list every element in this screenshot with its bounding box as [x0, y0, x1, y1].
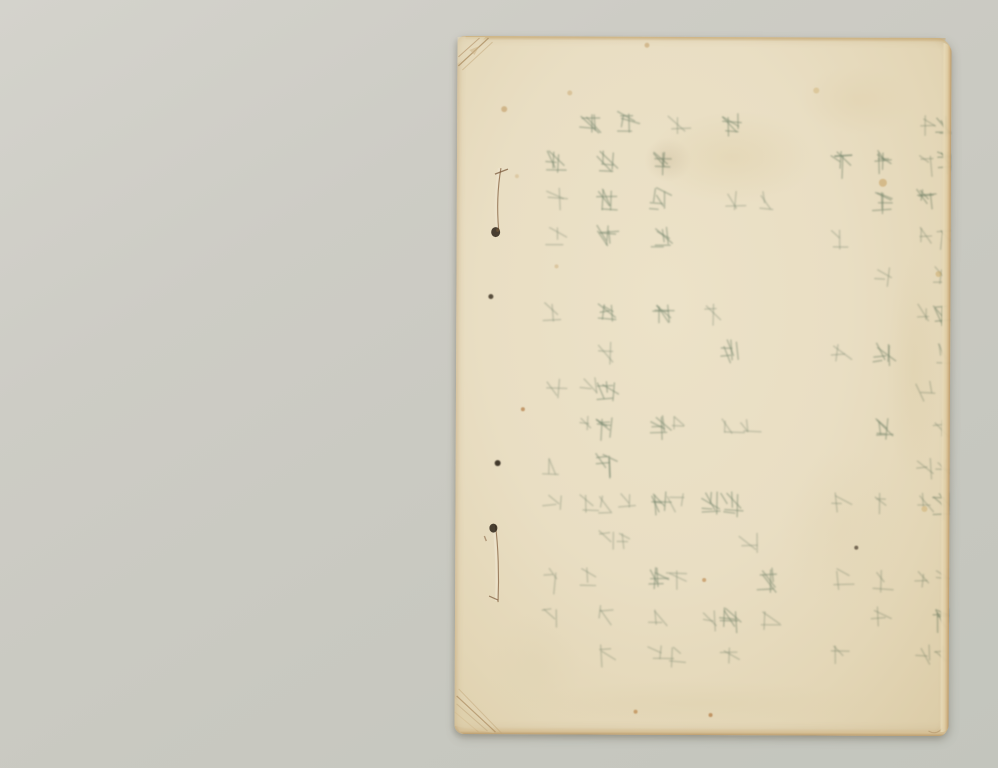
ghost-glyph — [757, 568, 776, 592]
ghost-glyph — [544, 569, 556, 594]
foxing-spot — [709, 713, 713, 717]
bottom-right-chip — [928, 728, 942, 733]
ghost-glyph — [543, 303, 560, 321]
ghost-glyph — [651, 416, 672, 439]
ghost-glyph — [916, 645, 930, 664]
ghost-glyph — [597, 226, 618, 246]
ghost-glyph — [933, 493, 952, 519]
corner-folds — [454, 36, 951, 736]
ghost-glyph — [618, 112, 640, 132]
ghost-glyph — [703, 611, 716, 631]
ghost-glyph — [720, 648, 739, 663]
ghost-glyph — [933, 609, 951, 632]
ghost-glyph — [917, 190, 936, 209]
ghost-glyph — [760, 192, 773, 210]
ghost-glyph — [834, 569, 854, 589]
stain-layer — [458, 36, 952, 38]
ghost-glyph — [597, 151, 617, 171]
ghost-glyph — [873, 343, 895, 365]
ghost-glyph — [580, 495, 598, 512]
ghost-glyph — [702, 492, 720, 514]
foxing-spot — [488, 294, 493, 299]
ghost-glyph — [668, 116, 690, 133]
ghost-glyph — [705, 304, 721, 325]
stain-patch — [875, 208, 951, 528]
ghost-glyph — [600, 645, 615, 667]
ghost-glyph — [873, 193, 892, 214]
ghost-glyph — [649, 610, 667, 625]
ghost-glyph — [933, 306, 951, 325]
ghost-glyph — [542, 609, 556, 627]
ghost-glyph — [875, 268, 891, 286]
stain-patch — [469, 591, 600, 742]
foxing-spot — [702, 578, 706, 582]
ghost-glyph — [654, 152, 671, 174]
ghost-glyph — [599, 606, 613, 625]
ghost-glyph — [546, 228, 566, 245]
foxing-spot — [879, 179, 887, 187]
binding-stitch-top — [491, 168, 508, 237]
booklet-page — [454, 36, 951, 736]
ghost-glyph — [580, 378, 597, 393]
ghost-glyph — [937, 230, 951, 249]
ghost-glyph — [722, 419, 744, 433]
ghost-glyph — [672, 417, 684, 429]
ghost-glyph — [831, 152, 852, 178]
foxing-spot — [921, 506, 927, 512]
ghost-glyph — [667, 571, 687, 589]
binding-stitches — [454, 36, 951, 736]
ghost-glyph — [670, 647, 686, 666]
ghost-glyph — [617, 534, 629, 549]
ghost-glyph — [918, 494, 933, 512]
ghost-glyph — [935, 647, 947, 662]
ghost-glyph — [721, 340, 738, 362]
ghost-glyph — [722, 114, 741, 136]
ghost-glyph — [596, 418, 612, 440]
ghost-glyph — [936, 460, 952, 478]
ghost-glyph — [873, 571, 893, 592]
ghost-glyph — [933, 421, 948, 437]
ghost-glyph — [599, 496, 612, 513]
ghost-glyph — [915, 572, 928, 587]
ghost-glyph — [875, 494, 886, 514]
ghost-glyph — [936, 117, 952, 136]
ghost-glyph — [917, 459, 933, 479]
ghost-glyph — [649, 568, 668, 589]
ghost-glyph — [547, 379, 567, 397]
ghost-glyph — [597, 189, 617, 210]
ghost-glyph — [580, 568, 595, 586]
foxing-spot — [494, 460, 500, 466]
ghost-glyph — [832, 230, 848, 248]
foxing-spot — [854, 546, 858, 550]
ghost-glyph — [918, 304, 929, 320]
dog-ear-top-left — [457, 37, 492, 70]
foxing-spot — [515, 174, 519, 178]
ghost-glyph — [832, 345, 852, 361]
archival-photo: { "artifact": { "type": "aged stab-bound… — [0, 0, 998, 768]
foxing-spot — [644, 42, 649, 47]
ghost-glyph — [937, 344, 951, 364]
dog-ear-bottom-left — [454, 689, 501, 733]
ghost-glyph — [543, 459, 558, 475]
ghost-glyph — [653, 305, 674, 322]
stain-patch — [454, 671, 948, 735]
ghost-text-layer — [454, 36, 951, 736]
ghost-glyph — [650, 188, 672, 209]
ghost-glyph — [920, 228, 931, 243]
ghost-glyph — [598, 304, 615, 321]
ghost-glyph — [916, 381, 935, 400]
ghost-glyph — [726, 192, 746, 210]
stain-patch — [755, 417, 926, 638]
ghost-glyph — [832, 493, 852, 512]
foxing-spot — [935, 271, 941, 277]
ghost-glyph — [921, 116, 935, 135]
ghost-glyph — [546, 151, 566, 172]
ghost-glyph — [721, 492, 743, 516]
ghost-glyph — [831, 646, 848, 663]
foxing-spot — [521, 407, 525, 411]
ghost-glyph — [739, 533, 757, 552]
ghost-glyph — [871, 607, 891, 626]
ghost-glyph — [652, 492, 671, 515]
ghost-glyph — [920, 156, 933, 176]
foxing-spot — [555, 264, 559, 268]
ghost-glyph — [876, 419, 893, 439]
foxing-spot — [634, 710, 638, 714]
ghost-glyph — [937, 569, 952, 586]
stain-patch — [635, 129, 701, 191]
ghost-glyph — [720, 608, 741, 632]
ghost-glyph — [543, 495, 561, 509]
ghost-glyph — [667, 494, 683, 512]
ghost-glyph — [547, 188, 567, 209]
stain-patch — [777, 52, 937, 148]
foxing-spot — [501, 106, 507, 112]
binding-stitch-bottom — [484, 524, 499, 603]
foxing-spot-layer — [458, 36, 952, 38]
ghost-glyph — [741, 420, 761, 432]
ghost-glyph — [934, 267, 943, 284]
ghost-glyph — [596, 454, 617, 478]
paper-top-edge — [466, 36, 946, 42]
ghost-glyph — [580, 417, 590, 430]
ghost-glyph — [580, 115, 601, 133]
ghost-glyph — [597, 382, 618, 401]
ghost-glyph — [761, 612, 780, 629]
ghost-glyph — [598, 342, 612, 364]
ghost-glyph — [648, 646, 673, 659]
ghost-glyph — [599, 531, 613, 549]
foxing-spot — [813, 87, 819, 93]
ghost-glyph — [651, 227, 672, 246]
ghost-glyph — [875, 151, 891, 174]
foxing-spot — [567, 90, 572, 95]
stain-patch — [617, 92, 848, 223]
ghost-glyph — [938, 152, 952, 174]
photo-backdrop — [0, 0, 998, 768]
ghost-glyph — [619, 494, 635, 507]
